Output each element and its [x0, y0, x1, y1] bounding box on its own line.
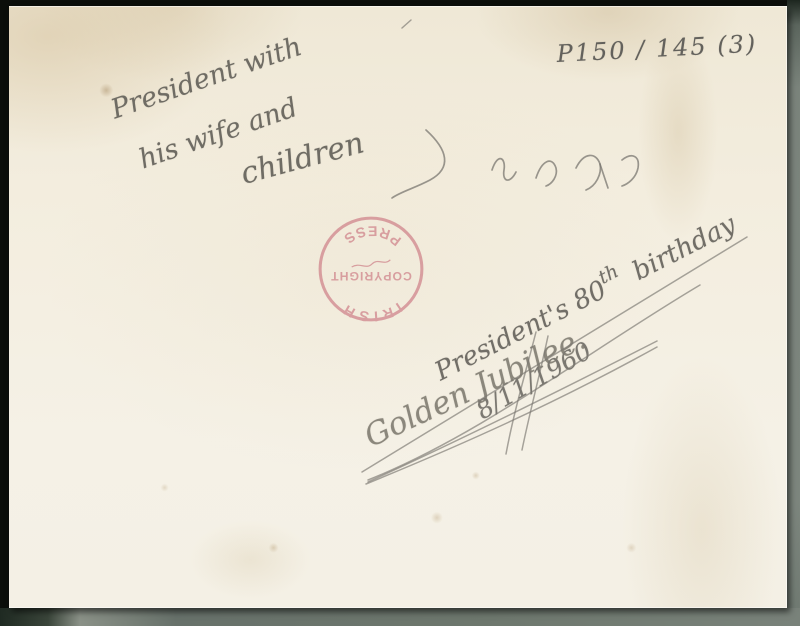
stray-pencil-tick	[402, 20, 411, 28]
stamp-script-squiggle	[352, 260, 391, 267]
stamp-arc-bottom-text: PRESS	[337, 222, 404, 248]
scribble-mark	[392, 130, 638, 198]
reference-number: P150 / 145 (3)	[556, 29, 758, 67]
scanner-bed-right	[787, 0, 800, 626]
photo-verso-scan: President with his wife and children P15…	[0, 0, 800, 626]
stamp-center-text: COPYRIGHT	[330, 269, 412, 283]
copyright-stamp: IRISH PRESS COPYRIGHT	[313, 211, 429, 327]
scanner-bed-bottom	[0, 608, 800, 626]
stamp-arc-top-text: IRISH	[338, 299, 405, 324]
birthday-note-rest: birthday	[628, 209, 741, 286]
photo-verso-paper: President with his wife and children P15…	[9, 6, 787, 608]
